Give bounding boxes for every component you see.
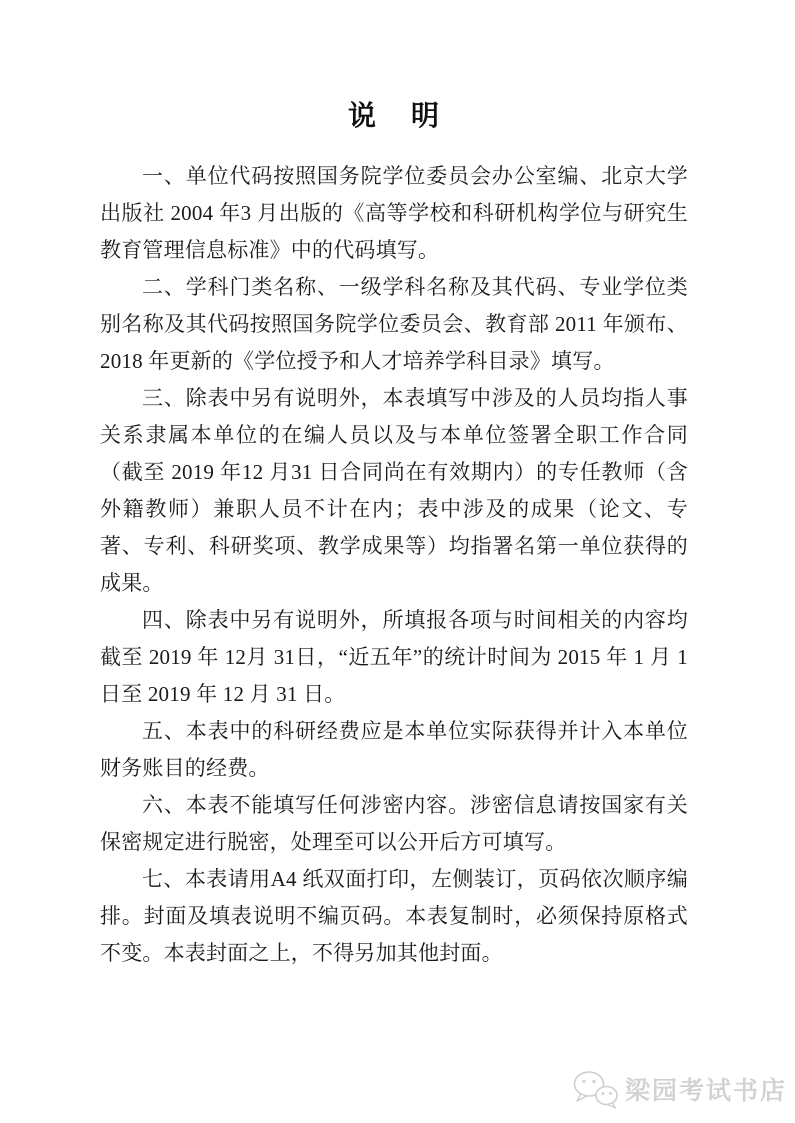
document-page: 说 明 一、单位代码按照国务院学位委员会办公室编、北京大学出版社 2004 年3…: [0, 0, 795, 1123]
instruction-paragraph-4: 四、除表中另有说明外，所填报各项与时间相关的内容均截至 2019 年 12月 3…: [100, 602, 688, 713]
instruction-paragraph-1: 一、单位代码按照国务院学位委员会办公室编、北京大学出版社 2004 年3 月出版…: [100, 158, 688, 269]
watermark-text: 梁园考试书店: [625, 1071, 787, 1107]
instruction-paragraph-6: 六、本表不能填写任何涉密内容。涉密信息请按国家有关保密规定进行脱密，处理至可以公…: [100, 787, 688, 861]
page-title: 说 明: [100, 94, 688, 134]
bookstore-watermark: 梁园考试书店: [572, 1069, 787, 1109]
instruction-paragraph-2: 二、学科门类名称、一级学科名称及其代码、专业学位类别名称及其代码按照国务院学位委…: [100, 269, 688, 380]
instruction-paragraph-7: 七、本表请用A4 纸双面打印，左侧装订，页码依次顺序编排。封面及填表说明不编页码…: [100, 861, 688, 972]
wechat-icon: [572, 1069, 618, 1109]
document-content: 说 明 一、单位代码按照国务院学位委员会办公室编、北京大学出版社 2004 年3…: [100, 94, 688, 972]
instruction-paragraph-5: 五、本表中的科研经费应是本单位实际获得并计入本单位财务账目的经费。: [100, 713, 688, 787]
instruction-paragraph-3: 三、除表中另有说明外，本表填写中涉及的人员均指人事关系隶属本单位的在编人员以及与…: [100, 380, 688, 602]
